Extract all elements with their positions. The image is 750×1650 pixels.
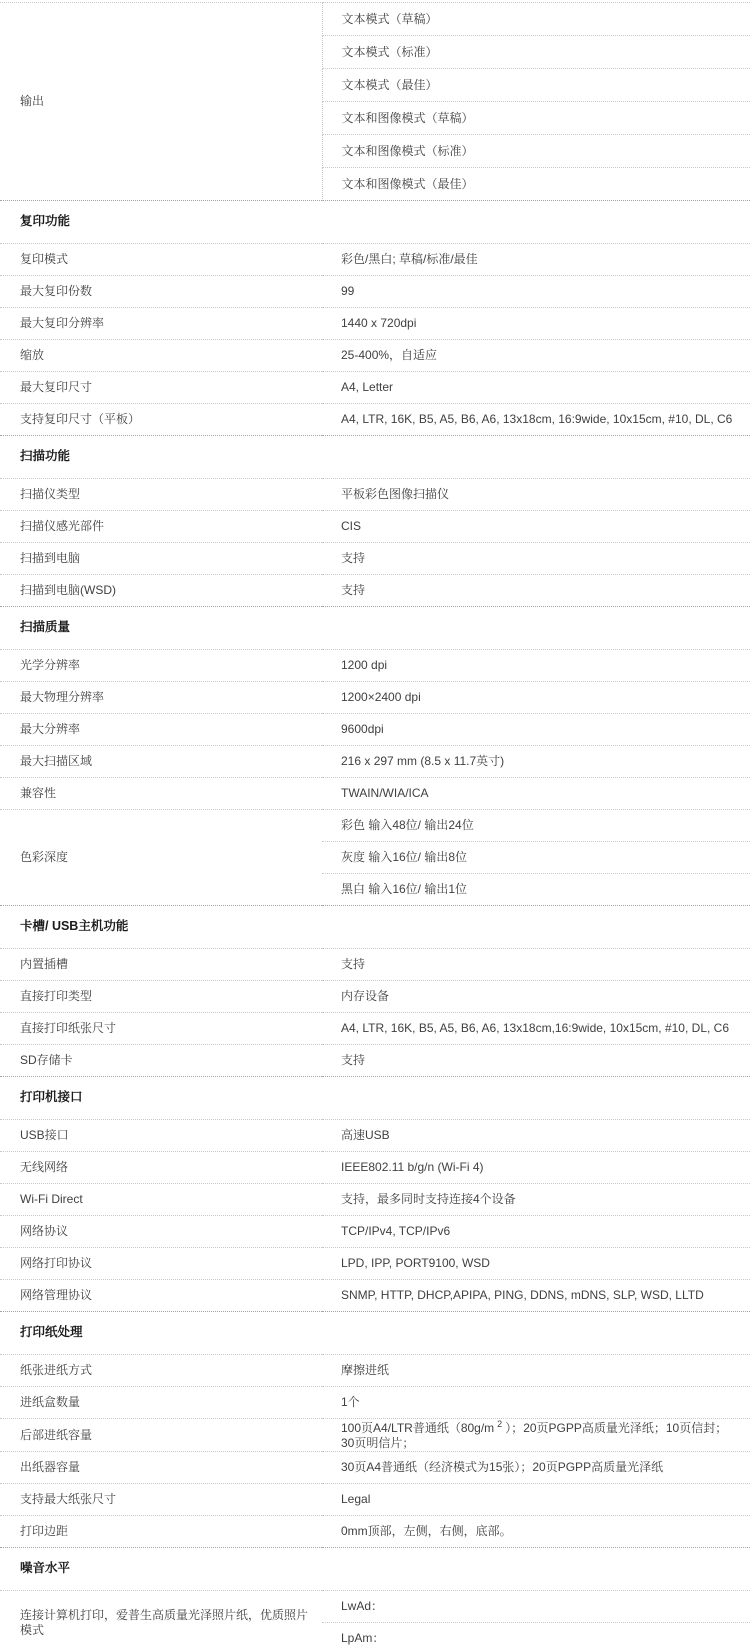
spec-value: 9600dpi (322, 714, 750, 746)
spec-label: 最大复印分辨率 (0, 308, 322, 340)
spec-value: LwAd： (322, 1591, 750, 1623)
spec-value: A4, LTR, 16K, B5, A5, B6, A6, 13x18cm, 1… (322, 404, 750, 436)
spec-value: IEEE802.11 b/g/n (Wi-Fi 4) (322, 1152, 750, 1184)
table-row: 扫描仪类型 平板彩色图像扫描仪 (0, 479, 750, 511)
spec-label: 缩放 (0, 340, 322, 372)
spec-value: 支持 (322, 949, 750, 981)
spec-label: 扫描到电脑(WSD) (0, 575, 322, 607)
spec-label: USB接口 (0, 1120, 322, 1152)
spec-label: 最大复印尺寸 (0, 372, 322, 404)
table-row: 扫描仪感光部件 CIS (0, 511, 750, 543)
table-row: 输出 文本模式（草稿） (0, 3, 750, 36)
table-row: 出纸器容量 30页A4普通纸（经济模式为15张）；20页PGPP高质量光泽纸 (0, 1452, 750, 1484)
spec-label: 网络协议 (0, 1216, 322, 1248)
spec-value: 文本和图像模式（草稿） (322, 102, 750, 135)
spec-value: 内存设备 (322, 981, 750, 1013)
spec-value: 1个 (322, 1387, 750, 1419)
spec-value: 高速USB (322, 1120, 750, 1152)
table-row: SD存储卡 支持 (0, 1045, 750, 1077)
spec-label: SD存储卡 (0, 1045, 322, 1077)
table-row: 扫描到电脑(WSD) 支持 (0, 575, 750, 607)
section-header-row: 卡槽/ USB主机功能 (0, 906, 750, 949)
spec-label: 直接打印类型 (0, 981, 322, 1013)
section-header-row: 扫描质量 (0, 607, 750, 650)
spec-value: 支持 (322, 575, 750, 607)
section-header: 扫描质量 (0, 607, 750, 650)
table-row: 网络管理协议 SNMP, HTTP, DHCP,APIPA, PING, DDN… (0, 1280, 750, 1312)
spec-label: 最大扫描区域 (0, 746, 322, 778)
spec-label: 打印边距 (0, 1516, 322, 1548)
table-row: 纸张进纸方式 摩擦进纸 (0, 1355, 750, 1387)
spec-value: 文本模式（标准） (322, 36, 750, 69)
spec-label: 纸张进纸方式 (0, 1355, 322, 1387)
spec-label: 网络打印协议 (0, 1248, 322, 1280)
table-row: 后部进纸容量 100页A4/LTR普通纸（80g/m2）；20页PGPP高质量光… (0, 1419, 750, 1452)
table-row: 缩放 25-400%，自适应 (0, 340, 750, 372)
spec-label: 内置插槽 (0, 949, 322, 981)
table-row: Wi-Fi Direct 支持，最多同时支持连接4个设备 (0, 1184, 750, 1216)
section-header: 打印机接口 (0, 1077, 750, 1120)
spec-label: 出纸器容量 (0, 1452, 322, 1484)
section-header-row: 噪音水平 (0, 1548, 750, 1591)
table-row: 网络协议 TCP/IPv4, TCP/IPv6 (0, 1216, 750, 1248)
table-row: 网络打印协议 LPD, IPP, PORT9100, WSD (0, 1248, 750, 1280)
spec-value: 文本和图像模式（最佳） (322, 168, 750, 201)
spec-value: 平板彩色图像扫描仪 (322, 479, 750, 511)
spec-label: 兼容性 (0, 778, 322, 810)
spec-label: 扫描仪类型 (0, 479, 322, 511)
spec-value: 彩色 输入48位/ 输出24位 (322, 810, 750, 842)
spec-label: 支持最大纸张尺寸 (0, 1484, 322, 1516)
table-row: 直接打印类型 内存设备 (0, 981, 750, 1013)
spec-label: 最大物理分辨率 (0, 682, 322, 714)
spec-value: 1200×2400 dpi (322, 682, 750, 714)
section-header: 打印纸处理 (0, 1312, 750, 1355)
section-header-row: 打印机接口 (0, 1077, 750, 1120)
spec-value: 彩色/黑白; 草稿/标准/最佳 (322, 244, 750, 276)
spec-value: 文本模式（最佳） (322, 69, 750, 102)
table-row: 兼容性 TWAIN/WIA/ICA (0, 778, 750, 810)
spec-value: 摩擦进纸 (322, 1355, 750, 1387)
spec-label: 扫描到电脑 (0, 543, 322, 575)
spec-value: A4, LTR, 16K, B5, A5, B6, A6, 13x18cm,16… (322, 1013, 750, 1045)
table-row: 打印边距 0mm顶部，左侧，右侧，底部。 (0, 1516, 750, 1548)
spec-label: 扫描仪感光部件 (0, 511, 322, 543)
table-row: 无线网络 IEEE802.11 b/g/n (Wi-Fi 4) (0, 1152, 750, 1184)
spec-label: 色彩深度 (0, 810, 322, 906)
section-header: 噪音水平 (0, 1548, 750, 1591)
spec-value: A4, Letter (322, 372, 750, 404)
spec-label: 最大分辨率 (0, 714, 322, 746)
spec-value: 30页A4普通纸（经济模式为15张）；20页PGPP高质量光泽纸 (322, 1452, 750, 1484)
table-row: 最大复印分辨率 1440 x 720dpi (0, 308, 750, 340)
spec-value: 1200 dpi (322, 650, 750, 682)
spec-value: 支持 (322, 1045, 750, 1077)
section-header: 卡槽/ USB主机功能 (0, 906, 750, 949)
spec-value: LPD, IPP, PORT9100, WSD (322, 1248, 750, 1280)
spec-label: 网络管理协议 (0, 1280, 322, 1312)
table-row: 最大分辨率 9600dpi (0, 714, 750, 746)
section-header-row: 复印功能 (0, 201, 750, 244)
spec-label: 最大复印份数 (0, 276, 322, 308)
table-row: 直接打印纸张尺寸 A4, LTR, 16K, B5, A5, B6, A6, 1… (0, 1013, 750, 1045)
section-header: 复印功能 (0, 201, 750, 244)
spec-label: 进纸盒数量 (0, 1387, 322, 1419)
table-row: 支持最大纸张尺寸 Legal (0, 1484, 750, 1516)
table-row: USB接口 高速USB (0, 1120, 750, 1152)
table-row: 最大扫描区域 216 x 297 mm (8.5 x 11.7英寸) (0, 746, 750, 778)
spec-value: CIS (322, 511, 750, 543)
spec-value: Legal (322, 1484, 750, 1516)
table-row: 进纸盒数量 1个 (0, 1387, 750, 1419)
spec-value: TWAIN/WIA/ICA (322, 778, 750, 810)
superscript-2: 2 (497, 1419, 502, 1429)
section-header: 扫描功能 (0, 436, 750, 479)
table-row: 内置插槽 支持 (0, 949, 750, 981)
table-row: 复印模式 彩色/黑白; 草稿/标准/最佳 (0, 244, 750, 276)
table-row: 支持复印尺寸（平板） A4, LTR, 16K, B5, A5, B6, A6,… (0, 404, 750, 436)
spec-value: 支持 (322, 543, 750, 575)
rear-feed-capacity-text: 100页A4/LTR普通纸（80g/m (341, 1421, 494, 1435)
table-row: 最大物理分辨率 1200×2400 dpi (0, 682, 750, 714)
spec-label: 输出 (0, 3, 322, 201)
table-row: 色彩深度 彩色 输入48位/ 输出24位 (0, 810, 750, 842)
spec-label: 支持复印尺寸（平板） (0, 404, 322, 436)
table-row: 最大复印尺寸 A4, Letter (0, 372, 750, 404)
spec-value: 文本和图像模式（标准） (322, 135, 750, 168)
spec-table: 输出 文本模式（草稿） 文本模式（标准） 文本模式（最佳） 文本和图像模式（草稿… (0, 2, 750, 1650)
table-row: 扫描到电脑 支持 (0, 543, 750, 575)
spec-value: 黑白 输入16位/ 输出1位 (322, 874, 750, 906)
spec-value: 灰度 输入16位/ 输出8位 (322, 842, 750, 874)
spec-label: 后部进纸容量 (0, 1419, 322, 1452)
spec-value: 99 (322, 276, 750, 308)
table-row: 光学分辨率 1200 dpi (0, 650, 750, 682)
spec-label: 直接打印纸张尺寸 (0, 1013, 322, 1045)
spec-label: 复印模式 (0, 244, 322, 276)
spec-value: LpAm： (322, 1623, 750, 1650)
spec-value: 1440 x 720dpi (322, 308, 750, 340)
spec-label: 连接计算机打印，爱普生高质量光泽照片纸，优质照片模式 (0, 1591, 322, 1650)
spec-label: Wi-Fi Direct (0, 1184, 322, 1216)
spec-value: 支持，最多同时支持连接4个设备 (322, 1184, 750, 1216)
section-header-row: 打印纸处理 (0, 1312, 750, 1355)
table-row: 连接计算机打印，爱普生高质量光泽照片纸，优质照片模式 LwAd： (0, 1591, 750, 1623)
spec-value: 25-400%，自适应 (322, 340, 750, 372)
spec-label: 无线网络 (0, 1152, 322, 1184)
spec-value: 文本模式（草稿） (322, 3, 750, 36)
spec-value: 216 x 297 mm (8.5 x 11.7英寸) (322, 746, 750, 778)
spec-label: 光学分辨率 (0, 650, 322, 682)
spec-value: 100页A4/LTR普通纸（80g/m2）；20页PGPP高质量光泽纸；10页信… (322, 1419, 750, 1452)
table-row: 最大复印份数 99 (0, 276, 750, 308)
spec-page: 输出 文本模式（草稿） 文本模式（标准） 文本模式（最佳） 文本和图像模式（草稿… (0, 0, 750, 1650)
spec-value: 0mm顶部，左侧，右侧，底部。 (322, 1516, 750, 1548)
spec-value: TCP/IPv4, TCP/IPv6 (322, 1216, 750, 1248)
spec-value: SNMP, HTTP, DHCP,APIPA, PING, DDNS, mDNS… (322, 1280, 750, 1312)
section-header-row: 扫描功能 (0, 436, 750, 479)
